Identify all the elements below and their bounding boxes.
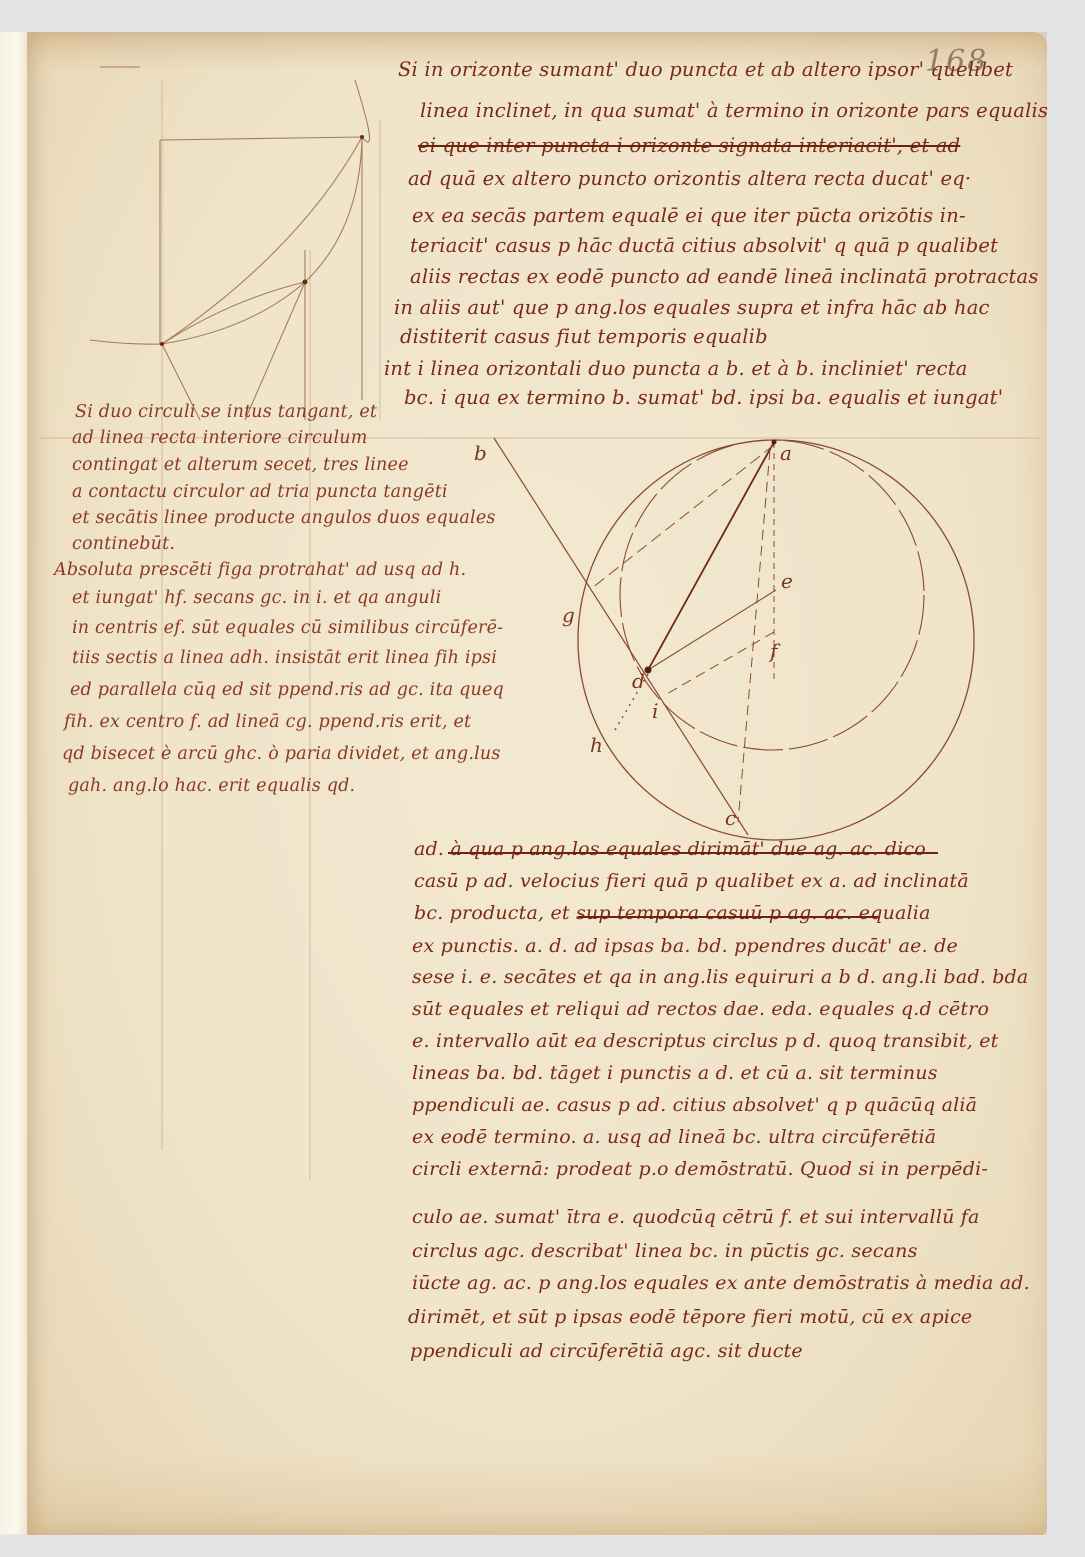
text-line: continebūt. [72,534,175,554]
text-line: Si in orizonte sumant' duo puncta et ab … [398,58,1013,81]
label-f: f [768,639,781,663]
struck-text-line: ei que inter puncta i orizonte signata i… [418,134,960,157]
text-line: contingat et alterum secet, tres linee [72,455,409,475]
label-i: i [652,699,658,723]
text-line: in centris ef. sūt equales cū similibus … [72,618,503,638]
partially-struck-text-line: bc. producta, et sup tempora casuū p ag.… [414,902,931,924]
strike-mark [448,852,938,854]
text-line: fih. ex centro f. ad lineā cg. ppend.ris… [64,712,471,732]
label-g: g [562,603,575,627]
text-line: Si duo circuli se intus tangant, et [75,402,377,422]
text-line: ad linea recta interiore circulum [72,428,368,448]
text-line: circlus agc. describat' linea bc. in pūc… [412,1240,918,1262]
main-circle-diagram [494,438,974,840]
text-line: bc. i qua ex termino b. sumat' bd. ipsi … [404,386,1003,409]
text-line: sūt equales et reliqui ad rectos dae. ed… [412,998,989,1020]
text-line: ed parallela cūq ed sit ppend.ris ad gc.… [70,680,504,700]
sketch-diagram-top-left [90,67,370,420]
text-line: aliis rectas ex eodē puncto ad eandē lin… [410,265,1039,288]
text-line: ppendiculi ad circūferētiā agc. sit duct… [410,1340,803,1362]
text-line: dirimēt, et sūt p ipsas eodē tēpore fier… [408,1306,972,1328]
text-line: tiis sectis a linea adh. insistāt erit l… [72,648,497,668]
text-line: sese i. e. secātes et qa in ang.lis equi… [412,966,1028,988]
label-b: b [474,441,487,465]
partially-struck-text-line: ad. à qua p ang.los equales dirimāt' due… [414,838,926,860]
text-line: a contactu circulor ad tria puncta tangē… [72,482,448,502]
label-e: e [781,569,793,593]
label-c: c [725,806,736,830]
text-line: circli externā: prodeat p.o demōstratū. … [412,1158,988,1180]
text-line: culo ae. sumat' ītra e. quodcūq cētrū f.… [412,1206,980,1228]
label-d: d [632,669,645,693]
text-line: gah. ang.lo hac. erit equalis qd. [68,776,355,796]
text-line: casū p ad. velocius fieri quā p qualibet… [414,870,969,892]
diagram-labels: a b c d e f g h i [474,441,793,830]
text-line: ppendiculi ae. casus p ad. citius absolv… [412,1094,977,1116]
text-line: teriacit' casus p hāc ductā citius absol… [410,234,998,257]
text-line: et secātis linee producte angulos duos e… [72,508,496,528]
text-line: int i linea orizontali duo puncta a b. e… [384,357,968,380]
label-a: a [780,441,792,465]
text-line: e. intervallo aūt ea descriptus circlus … [412,1030,999,1052]
text-line: iūcte ag. ac. p ang.los equales ex ante … [412,1272,1030,1294]
label-h: h [590,733,603,757]
text-line: linea inclinet, in qua sumat' à termino … [420,99,1048,122]
text-line: ex ea secās partem equalē ei que iter pū… [412,204,966,227]
text-line: Absoluta prescēti figa protrahat' ad usq… [54,560,466,580]
strike-mark [578,916,878,918]
text-line: ex eodē termino. a. usq ad lineā bc. ult… [412,1126,936,1148]
text-line: in aliis aut' que p ang.los equales supr… [394,296,990,319]
text-line: qd bisecet è arcū ghc. ò paria dividet, … [62,744,501,764]
text-line: ex punctis. a. d. ad ipsas ba. bd. ppend… [412,935,958,957]
text-line: et iungat' hf. secans gc. in i. et qa an… [72,588,441,608]
text-line: distiterit casus fiut temporis equalib [400,325,768,348]
text-line: lineas ba. bd. tāget i punctis a d. et c… [412,1062,938,1084]
text-line: ad quā ex altero puncto orizontis altera… [408,167,971,190]
